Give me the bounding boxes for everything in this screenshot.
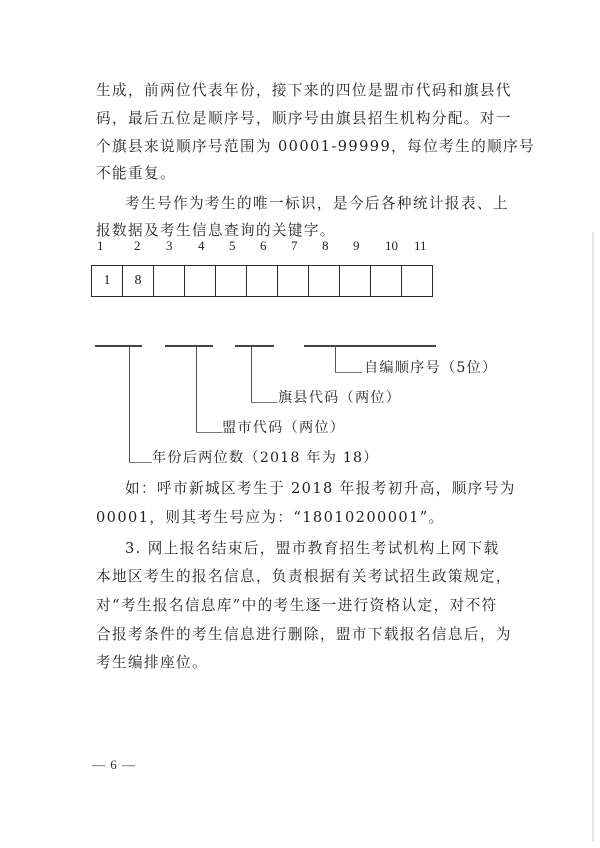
county-leader bbox=[251, 402, 277, 403]
sequence-connector bbox=[335, 346, 336, 372]
section3-text-line: 3. 网上报名结束后，盟市教育招生考试机构上网下载 bbox=[125, 535, 535, 563]
grid-cell bbox=[216, 266, 247, 297]
section3-text-line: 对“考生报名信息库”中的考生逐一进行资格认定，对不符 bbox=[96, 592, 506, 620]
position-label: 7 bbox=[291, 237, 298, 255]
document-page: 生成，前两位代表年份，接下来的四位是盟市代码和旗县代 码，最后五位是顺序号，顺序… bbox=[0, 0, 600, 848]
year-connector bbox=[129, 346, 130, 462]
position-label: 9 bbox=[353, 237, 360, 255]
grid-row: 1 8 bbox=[92, 266, 433, 297]
scan-edge-line bbox=[592, 232, 594, 842]
year-leader bbox=[129, 462, 152, 463]
exam-number-grid: 1 8 bbox=[91, 265, 433, 297]
league-connector bbox=[196, 346, 197, 432]
position-label: 2 bbox=[134, 237, 141, 255]
grid-cell bbox=[371, 266, 402, 297]
league-code-label: 盟市代码（两位） bbox=[222, 418, 345, 438]
county-bracket-bar bbox=[235, 345, 274, 347]
grid-cell bbox=[185, 266, 216, 297]
section3-text-line: 考生编排座位。 bbox=[96, 649, 506, 677]
page-number: — 6 — bbox=[92, 755, 136, 775]
grid-cell bbox=[247, 266, 278, 297]
example-text-line: 00001，则其考生号应为：“18010200001”。 bbox=[96, 504, 506, 532]
position-label: 5 bbox=[229, 237, 236, 255]
position-label: 8 bbox=[322, 237, 329, 255]
grid-cell bbox=[340, 266, 371, 297]
body-text-line: 个旗县来说顺序号范围为 00001-99999，每位考生的顺序号 bbox=[96, 133, 506, 161]
section3-text-line: 本地区考生的报名信息，负责根据有关考试招生政策规定， bbox=[96, 563, 506, 591]
grid-cell bbox=[154, 266, 185, 297]
example-text-line: 如：呼市新城区考生于 2018 年报考初升高，顺序号为 bbox=[125, 475, 535, 503]
year-digits-label: 年份后两位数（2018 年为 18） bbox=[152, 448, 379, 468]
league-leader bbox=[196, 432, 222, 433]
grid-cell bbox=[278, 266, 309, 297]
body-text-line: 码，最后五位是顺序号，顺序号由旗县招生机构分配。对一 bbox=[96, 105, 506, 133]
body-text-line: 考生号作为考生的唯一标识，是今后各种统计报表、上 bbox=[125, 190, 535, 218]
position-label: 1 bbox=[97, 237, 104, 255]
section3-text-line: 合报考条件的考生信息进行删除，盟市下载报名信息后，为 bbox=[96, 621, 506, 649]
sequence-bracket-bar bbox=[304, 345, 436, 347]
county-connector bbox=[251, 346, 252, 402]
position-label: 6 bbox=[260, 237, 267, 255]
body-text-line: 报数据及考生信息查询的关键字。 bbox=[96, 217, 506, 245]
year-bracket-bar bbox=[95, 345, 142, 347]
grid-cell: 8 bbox=[123, 266, 154, 297]
position-label: 4 bbox=[198, 237, 205, 255]
position-label: 3 bbox=[166, 237, 173, 255]
sequence-label: 自编顺序号（5位） bbox=[364, 358, 497, 378]
county-code-label: 旗县代码（两位） bbox=[278, 388, 401, 408]
grid-cell bbox=[402, 266, 433, 297]
position-label: 11 bbox=[414, 237, 427, 255]
sequence-leader bbox=[335, 372, 362, 373]
position-label: 10 bbox=[385, 237, 398, 255]
grid-cell bbox=[309, 266, 340, 297]
grid-cell: 1 bbox=[92, 266, 123, 297]
league-bracket-bar bbox=[165, 345, 213, 347]
body-text-line: 不能重复。 bbox=[96, 160, 506, 188]
body-text-line: 生成，前两位代表年份，接下来的四位是盟市代码和旗县代 bbox=[96, 77, 506, 105]
